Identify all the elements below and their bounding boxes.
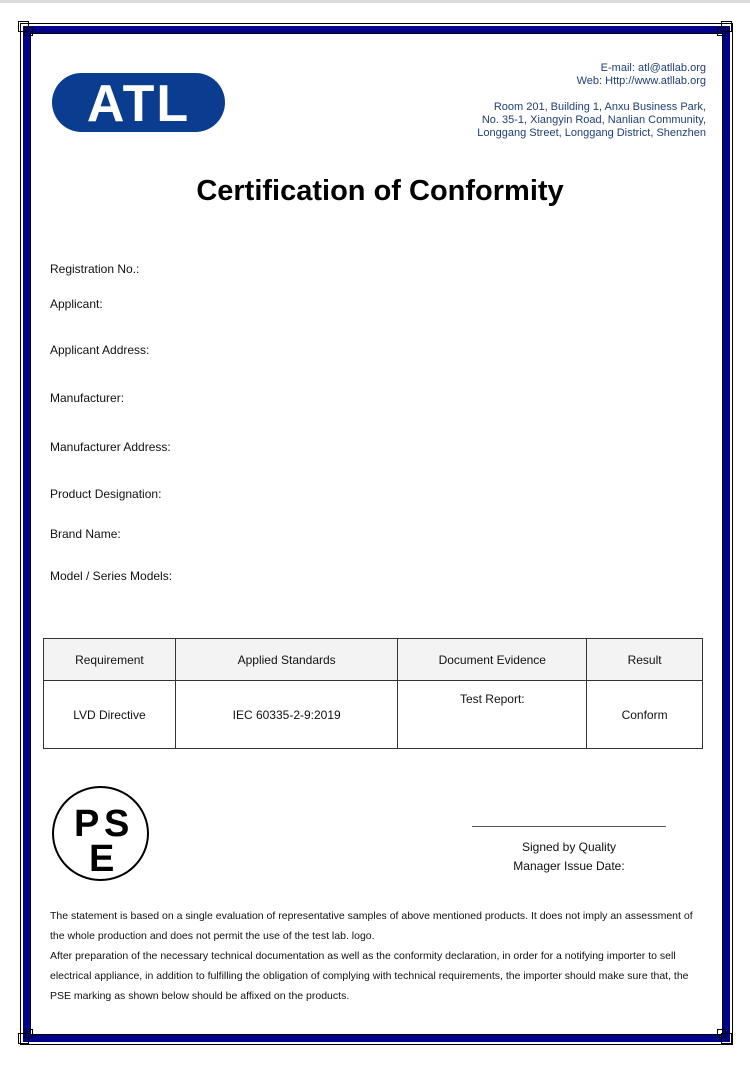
document-title: Certification of Conformity	[0, 175, 750, 208]
corner-ornament-bottom-right-inner	[717, 1029, 726, 1038]
header-result: Result	[587, 639, 703, 681]
cell-applied-standard: IEC 60335-2-9:2019	[175, 681, 398, 749]
statement-paragraph-1: The statement is based on a single evalu…	[50, 906, 700, 946]
email-line: E-mail: atl@atllab.org	[577, 62, 706, 75]
corner-ornament-bottom-left-inner	[24, 1029, 33, 1038]
corner-ornament-top-right-inner	[717, 27, 726, 36]
address-line: Room 201, Building 1, Anxu Business Park…	[477, 101, 706, 114]
signature-line	[472, 826, 666, 827]
corner-ornament-top-left-inner	[24, 27, 33, 36]
address-line: Longgang Street, Longgang District, Shen…	[477, 127, 706, 140]
conformity-table: Requirement Applied Standards Document E…	[43, 638, 703, 749]
field-registration-no: Registration No.:	[50, 262, 139, 276]
signature-line-2: Manager Issue Date:	[468, 857, 670, 876]
header-applied-standards: Applied Standards	[175, 639, 398, 681]
field-model-series: Model / Series Models:	[50, 569, 172, 583]
logo-text: ATL	[87, 78, 190, 130]
header-requirement: Requirement	[44, 639, 176, 681]
cell-result: Conform	[587, 681, 703, 749]
address-line: No. 35-1, Xiangyin Road, Nanlian Communi…	[477, 114, 706, 127]
pse-letter-e: E	[89, 840, 114, 878]
contact-info: E-mail: atl@atllab.org Web: Http://www.a…	[577, 62, 706, 88]
statement-text: The statement is based on a single evalu…	[50, 906, 700, 1006]
viewer-top-edge	[0, 0, 750, 3]
header-document-evidence: Document Evidence	[398, 639, 587, 681]
signature-line-1: Signed by Quality	[468, 838, 670, 857]
table-header-row: Requirement Applied Standards Document E…	[44, 639, 703, 681]
field-manufacturer: Manufacturer:	[50, 391, 124, 405]
statement-paragraph-2: After preparation of the necessary techn…	[50, 946, 700, 1006]
field-manufacturer-address: Manufacturer Address:	[50, 440, 171, 454]
atl-logo: ATL	[52, 73, 225, 132]
cell-document-evidence: Test Report:	[398, 681, 587, 749]
lab-address: Room 201, Building 1, Anxu Business Park…	[477, 101, 706, 140]
table-row: LVD Directive IEC 60335-2-9:2019 Test Re…	[44, 681, 703, 749]
signature-caption: Signed by Quality Manager Issue Date:	[468, 838, 670, 876]
field-brand-name: Brand Name:	[50, 527, 121, 541]
field-applicant-address: Applicant Address:	[50, 343, 149, 357]
web-line: Web: Http://www.atllab.org	[577, 75, 706, 88]
field-product-designation: Product Designation:	[50, 487, 161, 501]
cell-requirement: LVD Directive	[44, 681, 176, 749]
field-applicant: Applicant:	[50, 297, 103, 311]
pse-mark: P S E	[52, 786, 149, 881]
